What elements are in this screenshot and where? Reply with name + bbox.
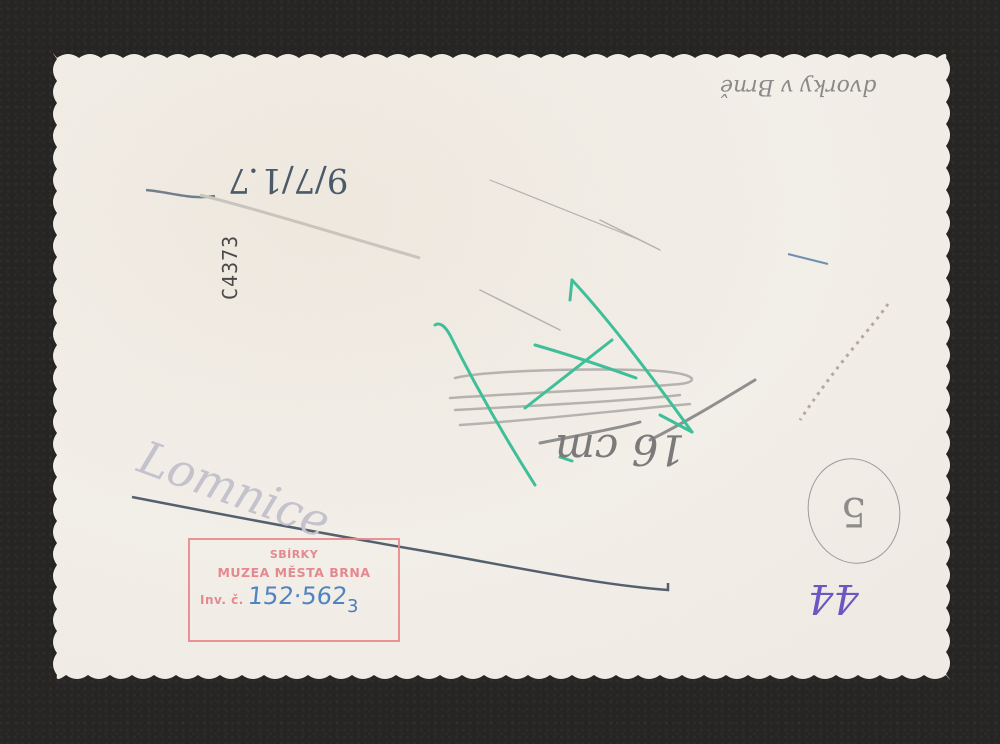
photo-card: [0, 0, 1000, 744]
museum-stamp: SBÍRKY MUZEA MĚSTA BRNA Inv. č. 152·562 …: [188, 538, 400, 642]
stamp-inventory-row: Inv. č. 152·562 3: [190, 582, 398, 610]
pencil-inventory-code: C4373: [218, 235, 242, 300]
circled-number-value: 5: [841, 488, 866, 534]
stamp-collection-label: SBÍRKY: [190, 548, 398, 561]
pencil-note-size-inverted: 16 cm: [555, 425, 685, 474]
stamp-inventory-label: Inv. č.: [200, 593, 244, 607]
inventory-suffix: 3: [347, 596, 359, 617]
violet-ink-number-inverted: 44: [808, 575, 859, 621]
inventory-number: 152·562: [246, 582, 348, 610]
stamp-museum-name: MUZEA MĚSTA BRNA: [190, 565, 398, 580]
pencil-note-top-right-inverted: dvorky v Brně: [720, 70, 876, 101]
ink-note-top-inverted: 9/7/1.7: [224, 160, 351, 200]
